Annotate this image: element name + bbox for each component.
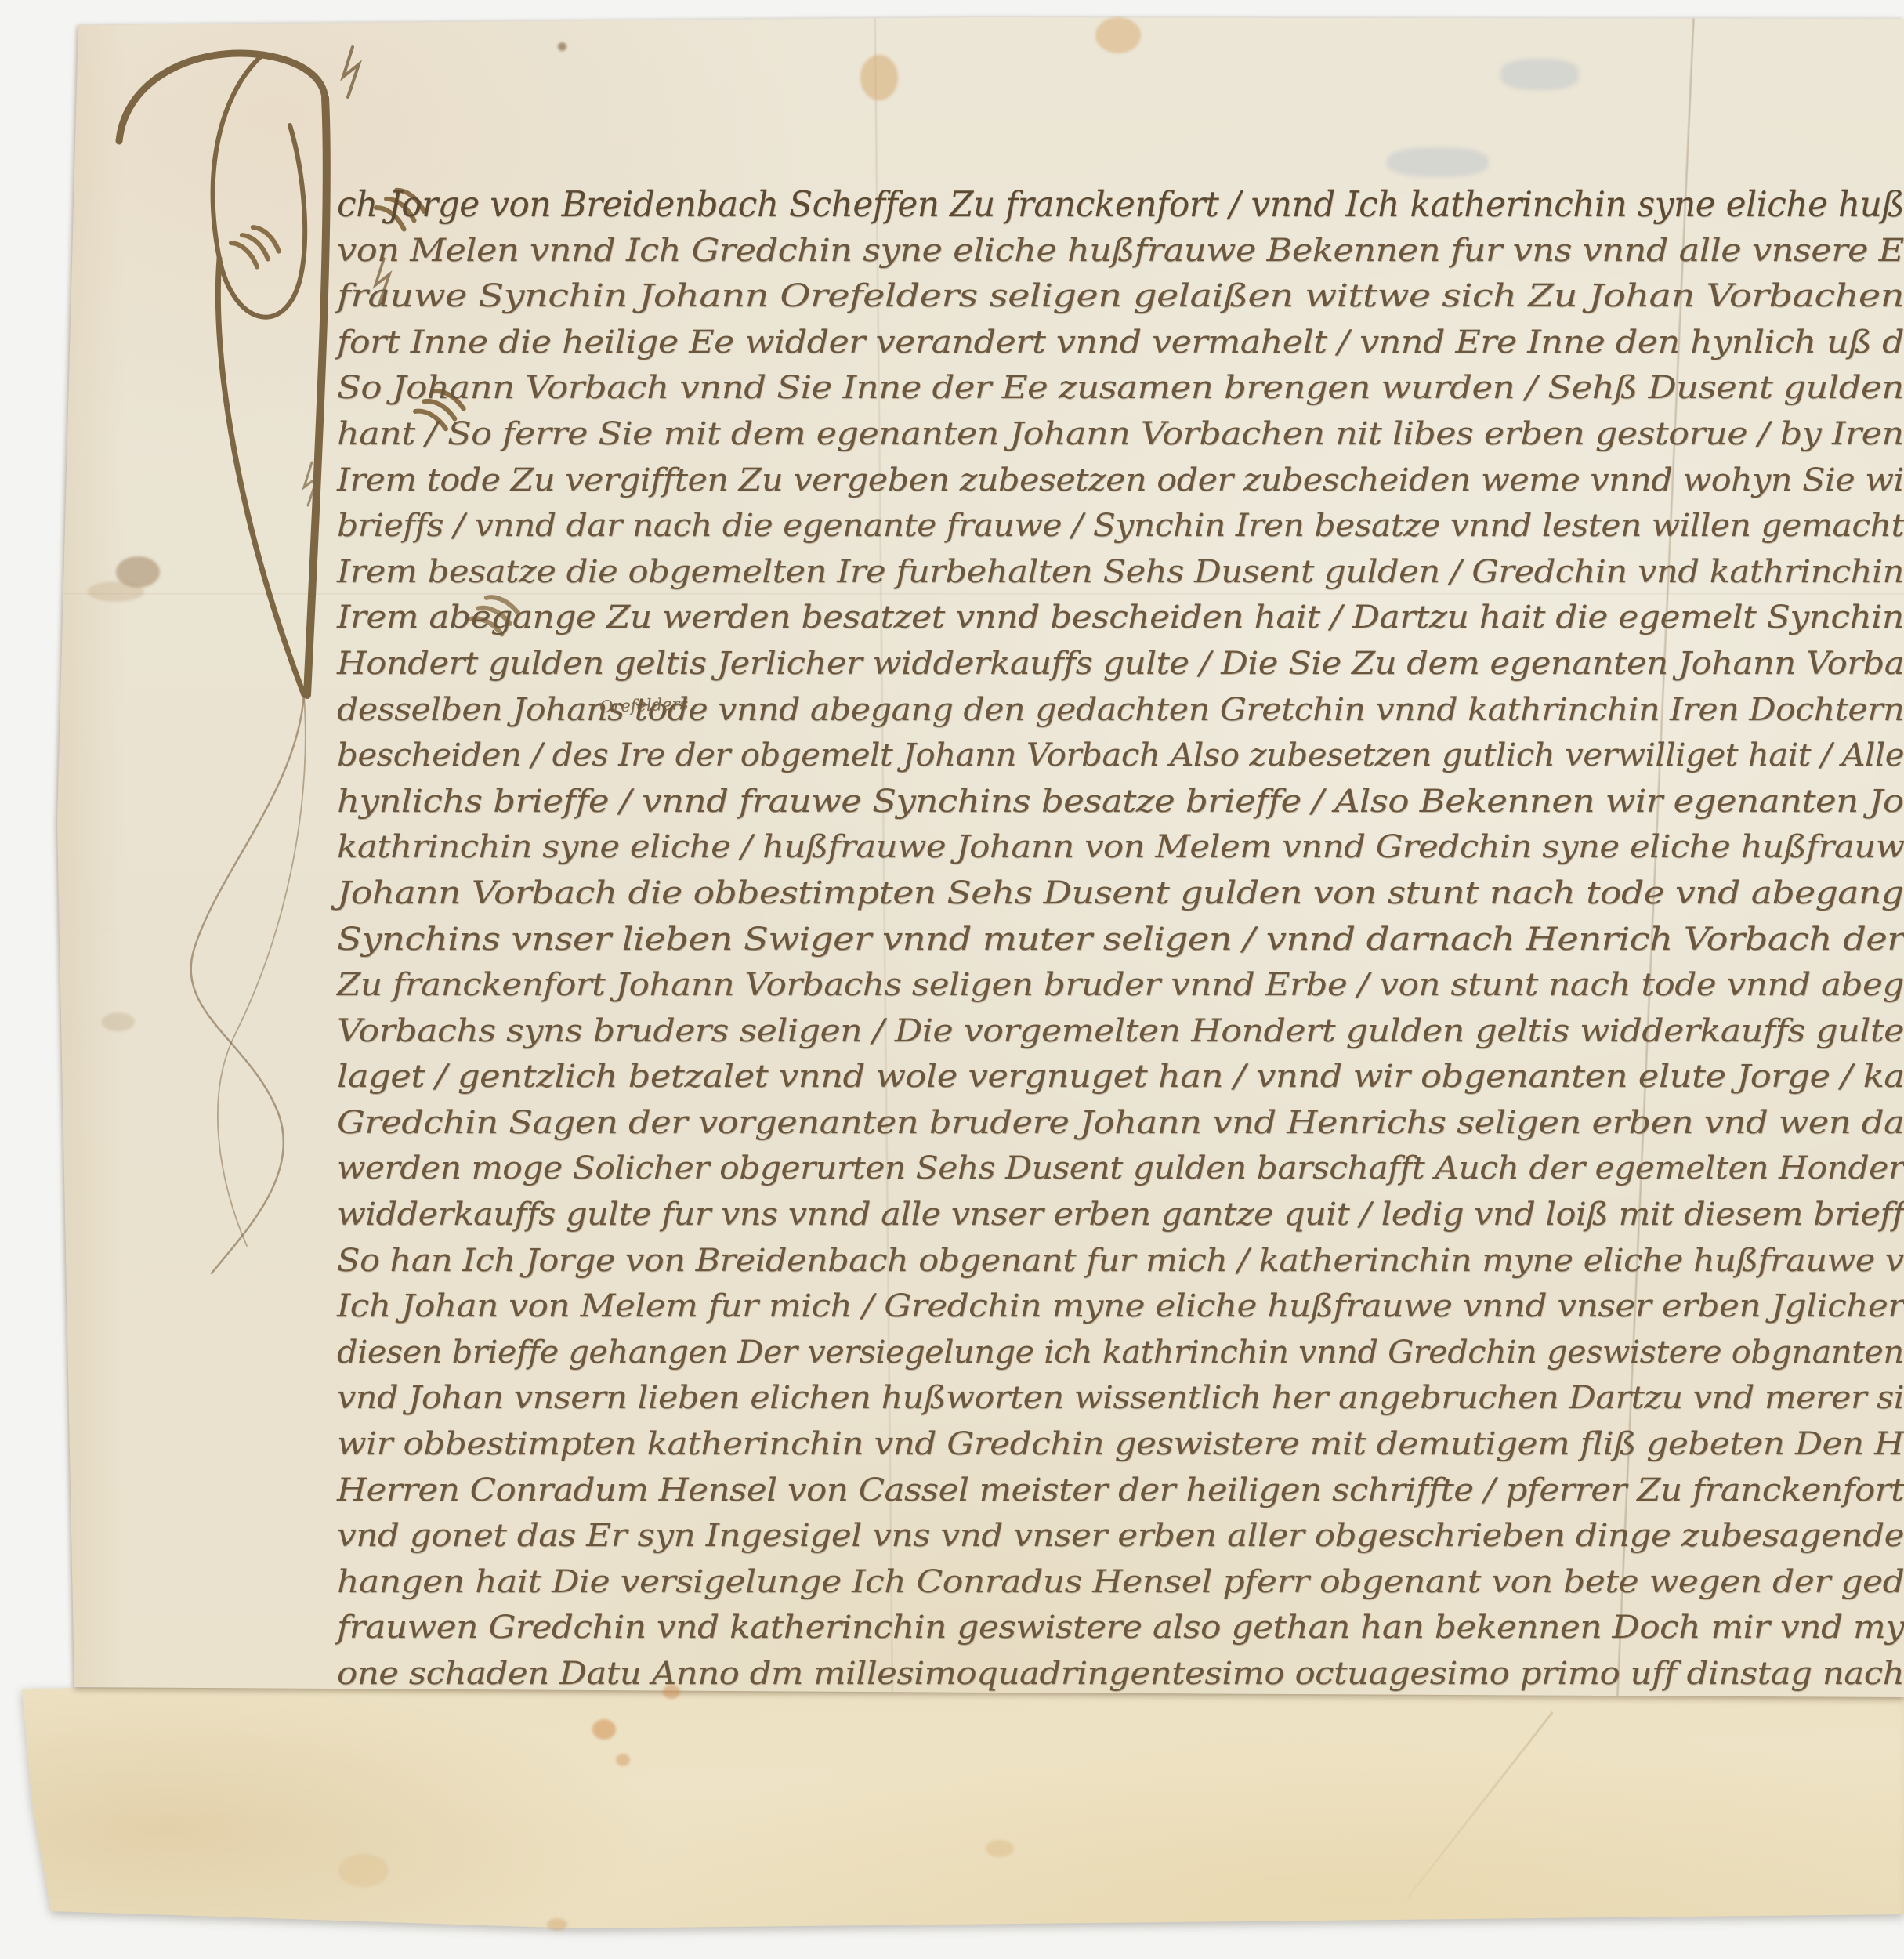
charter-text-line: bescheiden / des Ire der obgemelt Johann… <box>337 733 1904 779</box>
stain-spot <box>338 1854 389 1887</box>
charter-text-line: widderkauffs gulte fur vns vnnd alle vns… <box>337 1192 1904 1238</box>
charter-text-line: Irem tode Zu vergifften Zu vergeben zube… <box>337 458 1904 504</box>
charter-text-line: fort Inne die heilige Ee widder verander… <box>337 320 1904 366</box>
document-scan: ch Jorge von Breidenbach Scheffen Zu fra… <box>0 0 1904 1959</box>
charter-text-line: laget / gentzlich betzalet vnnd wole ver… <box>337 1054 1904 1100</box>
charter-line-text: Ich Johan von Melem fur mich / Gredchin … <box>337 1284 1904 1330</box>
charter-line-text: Irem tode Zu vergifften Zu vergeben zube… <box>337 458 1904 504</box>
charter-line-text: brieffs / vnnd dar nach die egenante fra… <box>337 503 1904 549</box>
charter-text-line: brieffs / vnnd dar nach die egenante fra… <box>337 503 1904 549</box>
charter-line-text: diesen brieffe gehangen Der versiegelung… <box>337 1330 1904 1376</box>
charter-line-text: Vorbachs syns bruders seligen / Die vorg… <box>337 1008 1904 1055</box>
charter-text-line: frauwen Gredchin vnd katherinchin geswis… <box>337 1605 1904 1651</box>
charter-line-text: laget / gentzlich betzalet vnnd wole ver… <box>337 1054 1904 1100</box>
interlinear-insertion: Orefelders <box>599 694 689 716</box>
charter-line-text: wir obbestimpten katherinchin vnd Gredch… <box>337 1421 1904 1468</box>
charter-line-text: fort Inne die heilige Ee widder verander… <box>337 320 1904 366</box>
stain-spot <box>88 581 144 602</box>
stain-spot <box>663 1685 680 1699</box>
charter-line-text: Zu franckenfort Johann Vorbachs seligen … <box>337 962 1904 1008</box>
charter-line-text: hynlichs brieffe / vnnd frauwe Synchins … <box>337 779 1904 825</box>
stain-spot <box>547 1918 567 1931</box>
charter-text-line: wir obbestimpten katherinchin vnd Gredch… <box>337 1421 1904 1468</box>
charter-line-text: Hondert gulden geltis Jerlicher widderka… <box>337 641 1904 687</box>
stain-spot <box>1095 17 1141 53</box>
charter-text-line: desselben Johans tode vnnd abegang den g… <box>337 687 1904 733</box>
charter-text-line: kathrinchin syne eliche / hußfrauwe Joha… <box>337 824 1904 871</box>
charter-text-line: Johann Vorbach die obbestimpten Sehs Dus… <box>337 871 1904 917</box>
charter-text-line: Herren Conradum Hensel von Cassel meiste… <box>337 1468 1904 1514</box>
charter-line-text: hant / So ferre Sie mit dem egenanten Jo… <box>337 411 1904 458</box>
charter-text-line: So han Ich Jorge von Breidenbach obgenan… <box>337 1238 1904 1284</box>
charter-text-line: Irem besatze die obgemelten Ire furbehal… <box>337 549 1904 596</box>
stain-spot <box>616 1754 630 1766</box>
charter-text-line: Hondert gulden geltis Jerlicher widderka… <box>337 641 1904 687</box>
charter-line-text: hangen hait Die versigelunge Ich Conradu… <box>337 1559 1904 1606</box>
charter-text-line: diesen brieffe gehangen Der versiegelung… <box>337 1330 1904 1376</box>
charter-line-text: Herren Conradum Hensel von Cassel meiste… <box>337 1468 1904 1514</box>
charter-line-text: widderkauffs gulte fur vns vnnd alle vns… <box>337 1192 1904 1238</box>
charter-text-line: Gredchin Sagen der vorgenanten brudere J… <box>337 1100 1904 1146</box>
stain-spot <box>986 1840 1014 1857</box>
charter-text-line: von Melen vnnd Ich Gredchin syne eliche … <box>337 228 1904 274</box>
plica-crease <box>1407 1711 1554 1898</box>
charter-text-line: hangen hait Die versigelunge Ich Conradu… <box>337 1559 1904 1606</box>
charter-line-text: kathrinchin syne eliche / hußfrauwe Joha… <box>337 824 1904 871</box>
charter-text-line: hynlichs brieffe / vnnd frauwe Synchins … <box>337 779 1904 825</box>
charter-text-line: Vorbachs syns bruders seligen / Die vorg… <box>337 1008 1904 1055</box>
stain-spot <box>860 55 898 100</box>
pencil-smudge <box>1387 147 1489 177</box>
charter-line-text: So han Ich Jorge von Breidenbach obgenan… <box>337 1238 1904 1284</box>
charter-text-line: werden moge Solicher obgerurten Sehs Dus… <box>337 1146 1904 1192</box>
charter-text-line: vnd Johan vnsern lieben elichen hußworte… <box>337 1375 1904 1421</box>
charter-text-line: Irem abegange Zu werden besatzet vnnd be… <box>337 595 1904 641</box>
charter-line-text: So Johann Vorbach vnnd Sie Inne der Ee z… <box>337 365 1904 411</box>
charter-line-text: ch Jorge von Breidenbach Scheffen Zu fra… <box>337 182 1904 228</box>
charter-line-text: vnd gonet das Er syn Ingesigel vns vnd v… <box>337 1513 1904 1559</box>
charter-line-text: vnd Johan vnsern lieben elichen hußworte… <box>337 1375 1904 1421</box>
charter-line-text: Johann Vorbach die obbestimpten Sehs Dus… <box>337 871 1903 917</box>
charter-line-text: desselben Johans tode vnnd abegang den g… <box>337 687 1904 733</box>
charter-text-line: vnd gonet das Er syn Ingesigel vns vnd v… <box>337 1513 1904 1559</box>
stain-spot <box>102 1012 135 1031</box>
charter-text-line: Zu franckenfort Johann Vorbachs seligen … <box>337 962 1904 1008</box>
charter-text-line: ch Jorge von Breidenbach Scheffen Zu fra… <box>337 182 1904 228</box>
charter-line-text: werden moge Solicher obgerurten Sehs Dus… <box>337 1146 1904 1192</box>
charter-line-text: von Melen vnnd Ich Gredchin syne eliche … <box>337 228 1904 274</box>
charter-line-text: Irem abegange Zu werden besatzet vnnd be… <box>337 595 1904 641</box>
charter-text-line: Ich Johan von Melem fur mich / Gredchin … <box>337 1284 1904 1330</box>
charter-text-line: Synchins vnser lieben Swiger vnnd muter … <box>337 917 1904 963</box>
parchment-sheet: ch Jorge von Breidenbach Scheffen Zu fra… <box>55 16 1904 1700</box>
charter-line-text: bescheiden / des Ire der obgemelt Johann… <box>337 733 1904 779</box>
charter-text-line: one schaden Datu Anno dm millesimoquadri… <box>337 1651 1904 1697</box>
charter-line-text: Irem besatze die obgemelten Ire furbehal… <box>337 549 1904 596</box>
charter-line-text: one schaden Datu Anno dm millesimoquadri… <box>337 1651 1904 1697</box>
pencil-smudge <box>1500 59 1579 90</box>
charter-line-text: Synchins vnser lieben Swiger vnnd muter … <box>337 917 1904 963</box>
stain-spot <box>592 1719 616 1740</box>
charter-text-line: frauwe Synchin Johann Orefelders seligen… <box>337 273 1904 320</box>
parchment-surface: ch Jorge von Breidenbach Scheffen Zu fra… <box>55 16 1904 1700</box>
charter-line-text: Gredchin Sagen der vorgenanten brudere J… <box>337 1100 1904 1146</box>
charter-text-line: So Johann Vorbach vnnd Sie Inne der Ee z… <box>337 365 1904 411</box>
charter-line-text: frauwe Synchin Johann Orefelders seligen… <box>337 273 1904 320</box>
charter-text-line: hant / So ferre Sie mit dem egenanten Jo… <box>337 411 1904 458</box>
charter-line-text: frauwen Gredchin vnd katherinchin geswis… <box>337 1605 1904 1651</box>
charter-text-block: ch Jorge von Breidenbach Scheffen Zu fra… <box>337 182 1904 1697</box>
stain-spot <box>558 42 566 51</box>
